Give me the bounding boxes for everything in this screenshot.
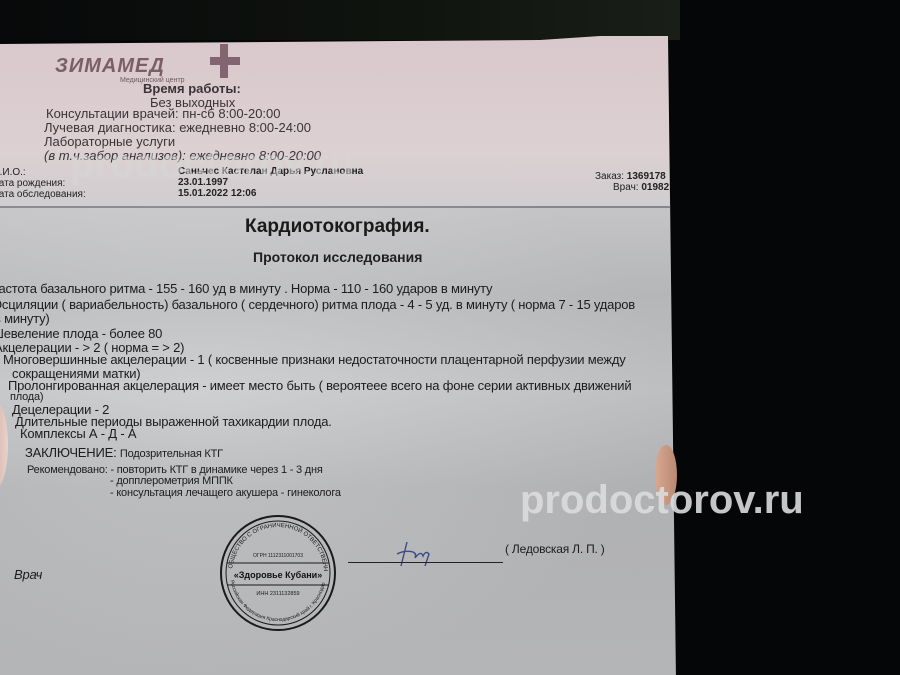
svg-text:Российская Федерация Краснодар: Российская Федерация Краснодарский край …: [229, 580, 327, 623]
schedule-consultations: Консультации врачей: пн-сб 8:00-20:00: [46, 106, 281, 121]
doctor-name: ( Ледовская Л. П. ): [505, 542, 605, 556]
recommendation-consultation: - консультация лечащего акушера - гинеко…: [110, 487, 341, 499]
order-number: Заказ: 1369178: [595, 171, 666, 182]
finding-fetal-movement: Шевеление плода - более 80: [0, 326, 162, 341]
watermark-top: prodoctorov.ru: [70, 142, 354, 187]
signature-line: [348, 562, 503, 563]
exam-date-value: 15.01.2022 12:06: [178, 188, 256, 199]
svg-text:ОГРН 1112311001703: ОГРН 1112311001703: [253, 553, 303, 559]
hours-title: Время работы:: [143, 81, 241, 96]
svg-text:«Здоровье Кубани»: «Здоровье Кубани»: [234, 570, 322, 580]
svg-text:ИНН 2311132859: ИНН 2311132859: [256, 591, 299, 597]
finding-oscillations: Осциляции ( вариабельность) базального (…: [0, 297, 635, 312]
doctor-code: Врач: 01982: [613, 182, 669, 193]
report-subtitle: Протокол исследования: [253, 249, 422, 265]
clinic-logo: ЗИМАМЕД: [55, 55, 165, 78]
patient-name-label: Ф.И.О.:: [0, 167, 26, 178]
watermark-bottom: prodoctorov.ru: [520, 478, 804, 523]
exam-date-label: Дата обследования:: [0, 189, 86, 200]
schedule-radiology: Лучевая диагностика: ежедневно 8:00-24:0…: [44, 120, 311, 135]
medical-cross-icon: [210, 44, 240, 78]
dark-background: [0, 0, 680, 40]
dob-label: Дата рождения:: [0, 178, 65, 189]
recommendation-doppler: - допплерометрия МППК: [110, 475, 233, 487]
finding-multipeak-accelerations: Многовершинные акцелерации - 1 ( косвенн…: [3, 352, 626, 367]
conclusion: ЗАКЛЮЧЕНИЕ: Подозрительная КТГ: [25, 445, 223, 460]
handwritten-signature: [393, 538, 433, 568]
finding-complexes: Комплексы А - Д - А: [20, 426, 136, 441]
finding-oscillations-cont: в минуту): [0, 311, 50, 326]
finding-prolonged-acceleration: Пролонгированная акцелерация - имеет мес…: [8, 378, 631, 393]
doctor-label: Врач: [14, 567, 42, 582]
photo-scene: ЗИМАМЕД Медицинский центр Время работы: …: [0, 0, 900, 675]
clinic-stamp: ОБЩЕСТВО С ОГРАНИЧЕННОЙ ОТВЕТСТВЕННОСТЬЮ…: [218, 513, 338, 633]
finding-basal-rate: Частота базального ритма - 155 - 160 уд …: [0, 281, 492, 296]
report-title: Кардиотокография.: [245, 216, 430, 238]
